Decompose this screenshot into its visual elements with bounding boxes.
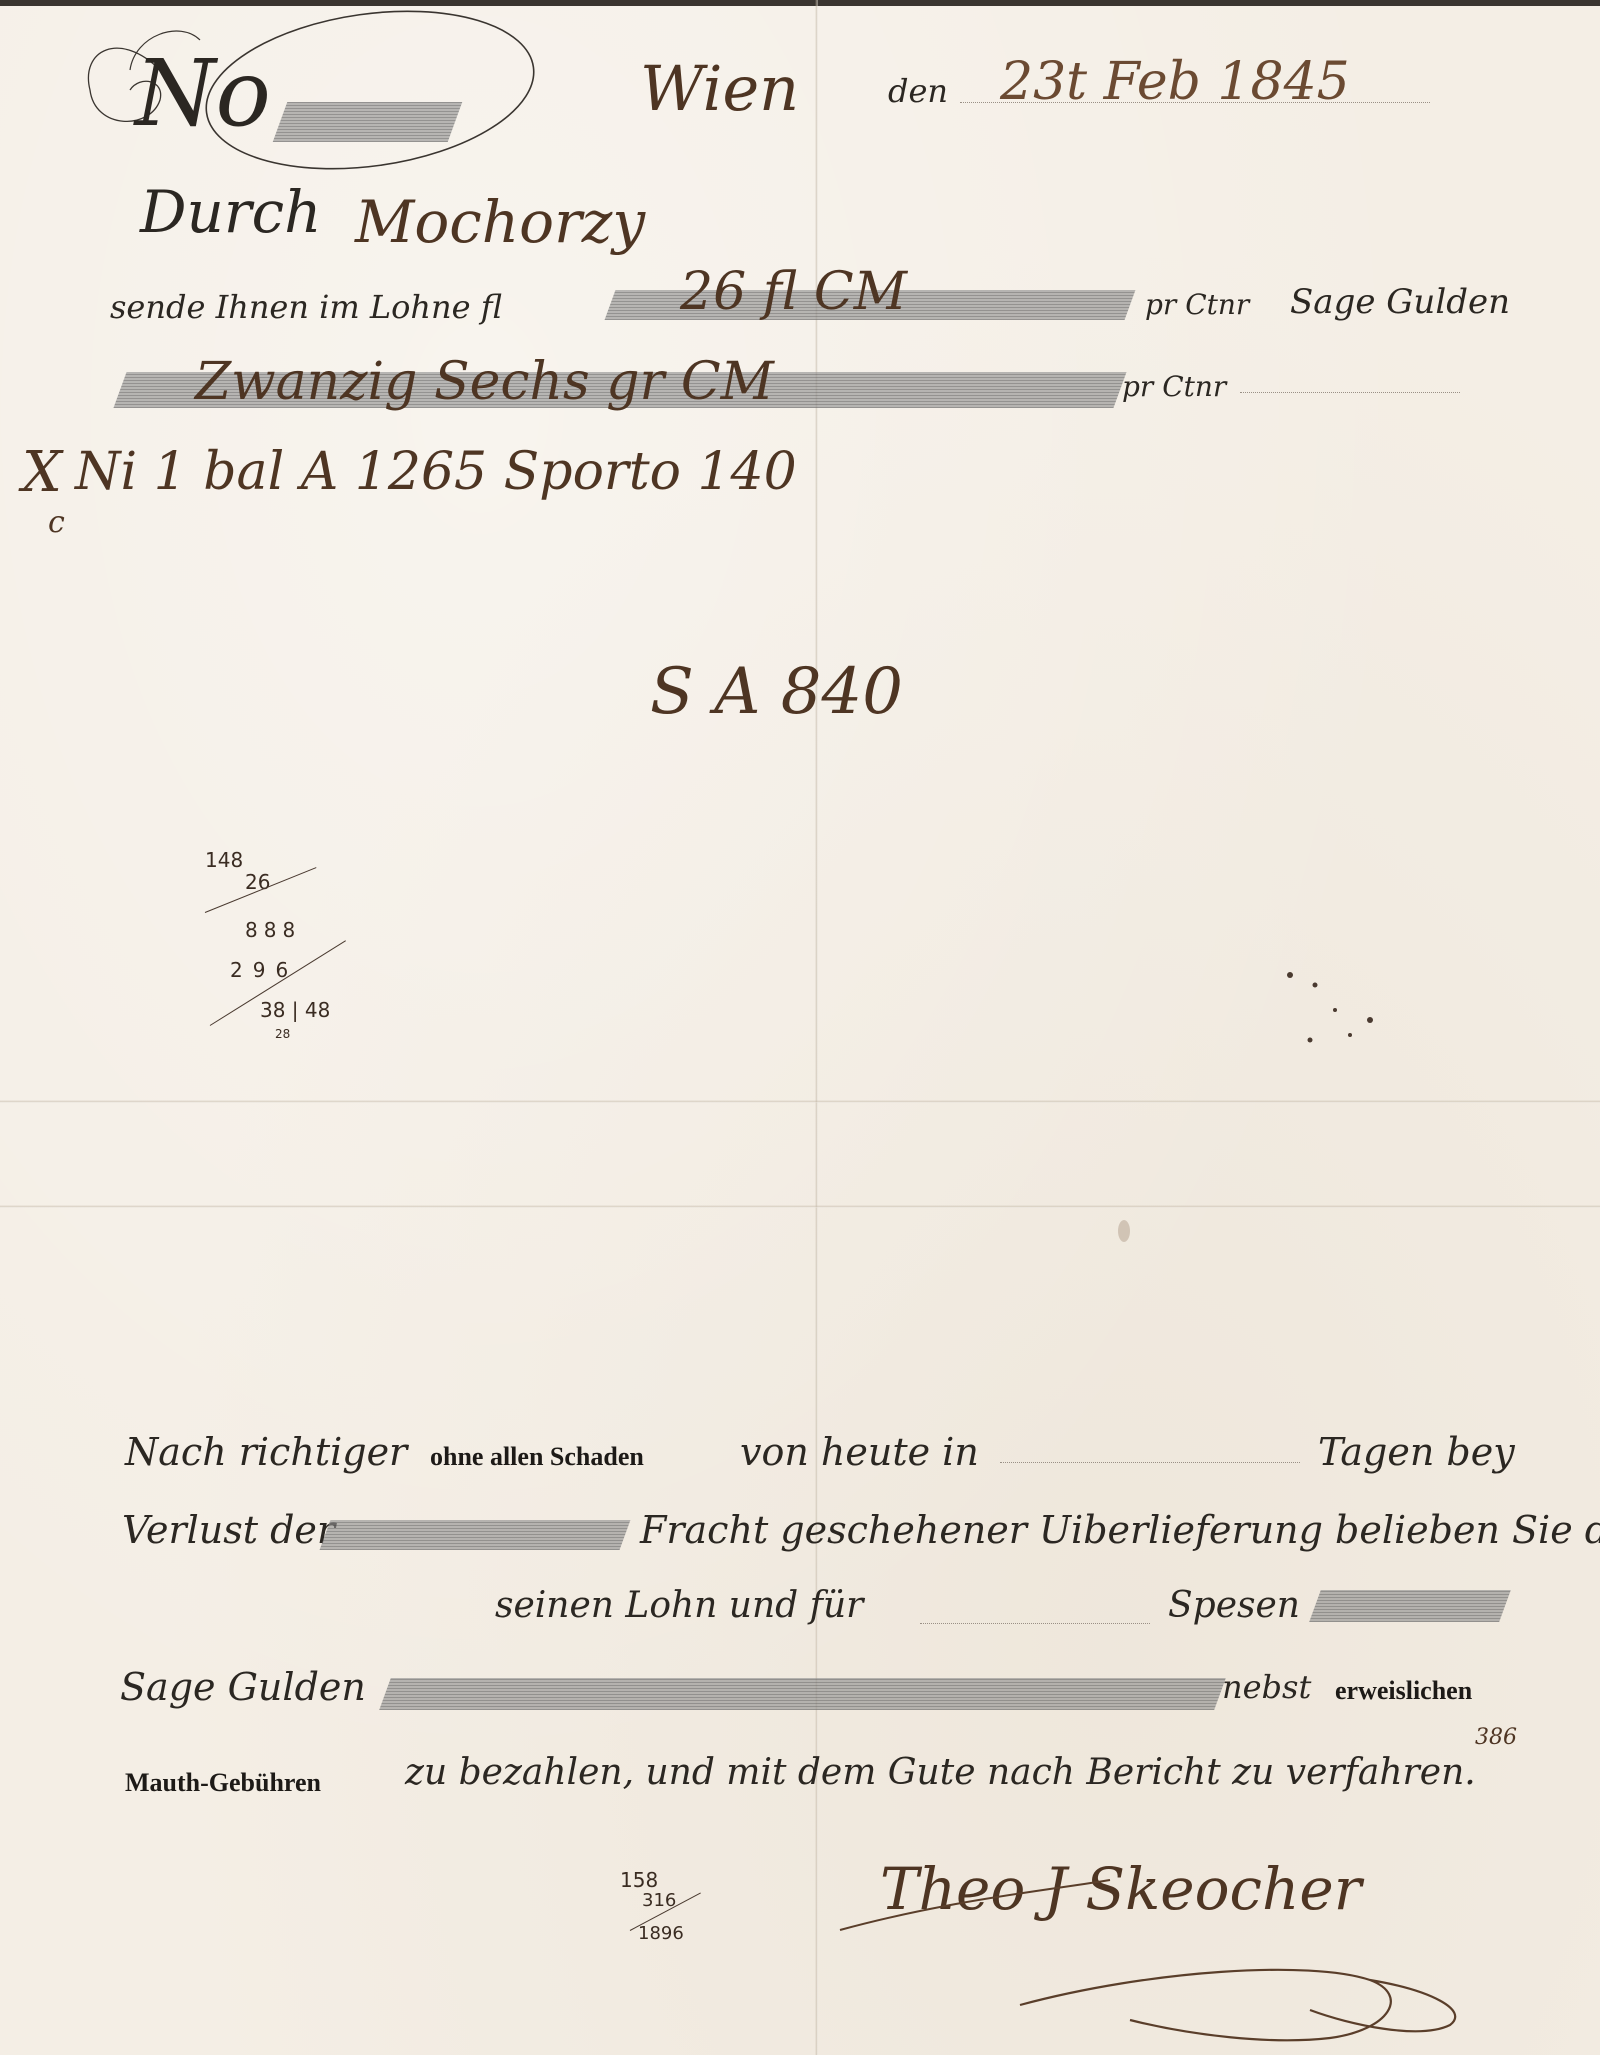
days-line: [1000, 1462, 1300, 1463]
per-unit-label-2: pr Ctnr: [1122, 370, 1226, 403]
expenses-field[interactable]: [1309, 1590, 1511, 1622]
calc-line: 1896: [638, 1925, 684, 1943]
terms-line2-a: Verlust der: [122, 1508, 335, 1552]
goods-mark-sub: c: [48, 505, 65, 540]
terms-line5-gothic: Mauth-Gebühren: [125, 1768, 321, 1798]
calc-line: 28: [275, 1028, 290, 1040]
margin-note: 386: [1475, 1725, 1517, 1750]
blank-line: [1240, 392, 1460, 393]
ink-speckles: [1280, 960, 1400, 1060]
say-gulden-label: Sage Gulden: [1290, 282, 1510, 322]
terms-line1-a: Nach richtiger: [125, 1430, 407, 1474]
number-label: No: [135, 40, 271, 147]
weight-note-handwritten: S A 840: [650, 655, 903, 729]
calc-line: 148: [205, 850, 243, 870]
fold-crease-horizontal: [0, 1100, 1600, 1103]
terms-line3-a: seinen Lohn und für: [495, 1585, 863, 1626]
number-field[interactable]: [273, 102, 463, 142]
terms-line1-d: Tagen bey: [1318, 1430, 1515, 1474]
amount-words-handwritten[interactable]: Zwanzig Sechs gr CM: [195, 352, 774, 412]
den-label: den: [888, 72, 948, 110]
number-flourish-ornament: [40, 10, 510, 170]
wage-amount-handwritten[interactable]: 26 fl CM: [680, 262, 907, 322]
carrier-name-handwritten[interactable]: Mochorzy: [355, 188, 645, 256]
loss-field[interactable]: [320, 1520, 631, 1550]
scan-top-edge: [0, 0, 1600, 6]
terms-line2-b: Fracht geschehener Uiberlieferung belieb…: [640, 1508, 1600, 1552]
terms-line4-b: nebst: [1222, 1668, 1311, 1706]
say-gulden-field[interactable]: [379, 1678, 1226, 1710]
calculation-left: 148 26 888 296 38 | 48 28: [200, 850, 360, 1050]
expenses-line: [920, 1623, 1150, 1624]
per-unit-label: pr Ctnr: [1145, 288, 1249, 321]
calc-line: 158: [620, 1870, 658, 1890]
terms-line4-a: Sage Gulden: [120, 1665, 366, 1709]
date-handwritten[interactable]: 23t Feb 1845: [1000, 52, 1350, 112]
calc-line: 38 | 48: [260, 1000, 330, 1020]
calc-line: 26: [245, 872, 270, 892]
calculation-bottom: 158 316 1896: [620, 1870, 740, 1960]
terms-line5-b: zu bezahlen, und mit dem Gute nach Beric…: [405, 1752, 1476, 1793]
fold-crease-horizontal: [0, 1205, 1600, 1208]
wage-label: sende Ihnen im Lohne fl: [110, 288, 502, 326]
terms-line4-gothic: erweislichen: [1335, 1676, 1472, 1706]
paper-stain: [1118, 1220, 1130, 1242]
terms-line1-gothic: ohne allen Schaden: [430, 1442, 644, 1472]
terms-line3-b: Spesen: [1168, 1585, 1300, 1626]
terms-line1-c: von heute in: [740, 1430, 979, 1474]
calc-line: 888: [245, 920, 301, 940]
carrier-label: Durch: [140, 178, 321, 246]
goods-description-handwritten[interactable]: Ni 1 bal A 1265 Sporto 140: [75, 442, 797, 502]
goods-mark: X: [22, 440, 62, 505]
signature-flourish: [830, 1860, 1530, 2050]
place-handwritten: Wien: [640, 52, 799, 125]
